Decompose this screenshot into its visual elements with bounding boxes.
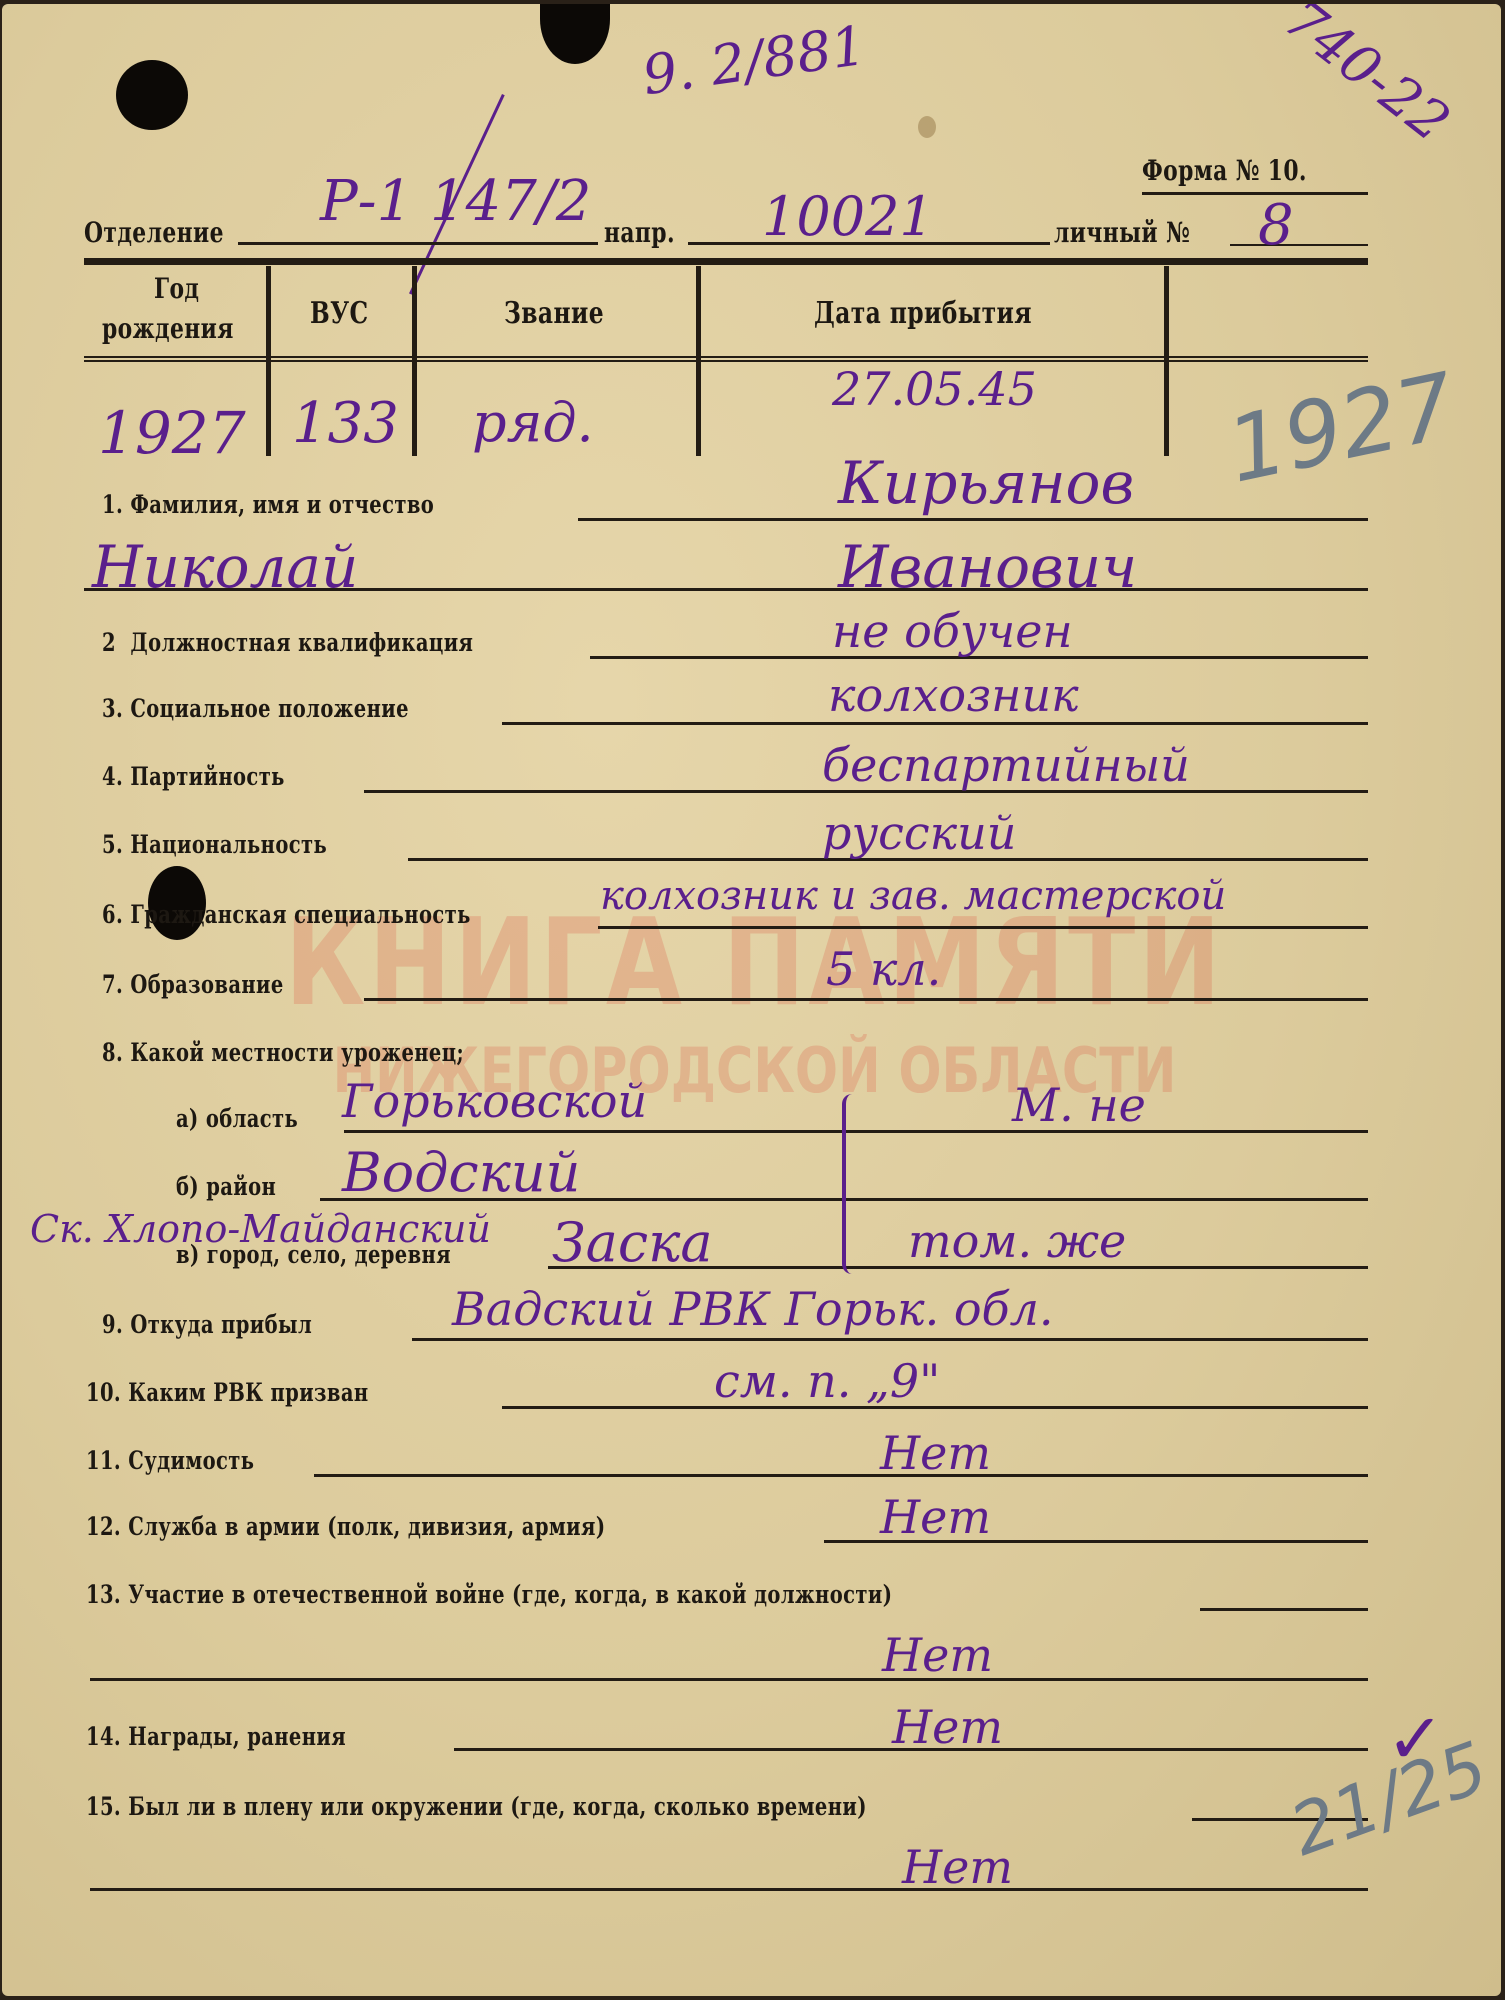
table-col-divider xyxy=(266,266,271,456)
table-col-divider xyxy=(1164,266,1169,456)
field-12-label: 12. Служба в армии (полк, дивизия, армия… xyxy=(86,1512,605,1541)
field-5-value: русский xyxy=(822,810,1016,856)
field-14-value: Нет xyxy=(892,1704,1003,1750)
table-top-rule xyxy=(84,258,1368,265)
field-3-line xyxy=(502,722,1368,725)
value-birth-year: 1927 xyxy=(98,404,246,462)
field-7-value: 5 кл. xyxy=(826,946,941,992)
field-10-label: 10. Каким РВК призван xyxy=(86,1378,369,1407)
field-3-value: колхозник xyxy=(828,672,1079,718)
stain-spot xyxy=(918,116,936,138)
field-8c-value: Заска xyxy=(552,1216,713,1270)
field-8a-value-right: М. не xyxy=(1012,1082,1146,1128)
field-15-line-2 xyxy=(90,1888,1368,1891)
field-13-line-2 xyxy=(90,1678,1368,1681)
direction-label: напр. xyxy=(604,216,675,249)
field-2-value: не обучен xyxy=(832,608,1073,654)
form-underline xyxy=(1142,192,1368,195)
field-6-value: колхозник и зав. мастерской xyxy=(600,876,1226,916)
table-mid-rule xyxy=(84,356,1368,362)
col-header-year-1: Год xyxy=(154,272,199,305)
field-13-line xyxy=(1200,1608,1368,1611)
field-1-surname: Кирьянов xyxy=(838,454,1134,512)
form-number: Форма № 10. xyxy=(1142,154,1307,187)
col-header-arrival: Дата прибытия xyxy=(814,296,1032,331)
field-8b-value: Водский xyxy=(342,1146,580,1200)
punch-hole-edge xyxy=(540,4,610,64)
field-13-label: 13. Участие в отечественной войне (где, … xyxy=(86,1580,892,1609)
department-line xyxy=(238,242,598,245)
direction-value: 10021 xyxy=(762,190,934,244)
record-card: КНИГА ПАМЯТИ НИЖЕГОРОДСКОЙ ОБЛАСТИ 9. 2/… xyxy=(2,4,1501,1996)
personal-no-label: личный № xyxy=(1054,216,1190,249)
field-1-line-2 xyxy=(84,588,1368,591)
field-13-value: Нет xyxy=(882,1632,993,1678)
field-3-label: 3. Социальное положение xyxy=(102,694,409,723)
value-rank: ряд. xyxy=(472,396,594,450)
field-1-line xyxy=(578,518,1368,521)
field-9-line xyxy=(412,1338,1368,1341)
table-col-divider xyxy=(696,266,701,456)
table-col-divider xyxy=(412,266,417,456)
col-header-rank: Звание xyxy=(504,296,604,331)
department-value: Р-1 147/2 xyxy=(320,174,591,230)
field-8a-label: а) область xyxy=(176,1104,298,1133)
field-2-label: 2 Должностная квалификация xyxy=(102,628,473,657)
field-9-label: 9. Откуда прибыл xyxy=(102,1310,312,1339)
value-vus: 133 xyxy=(292,396,399,452)
field-7-line xyxy=(364,998,1368,1001)
field-8-label: 8. Какой местности уроженец; xyxy=(102,1038,464,1067)
col-header-vus: ВУС xyxy=(310,296,369,331)
field-9-value: Вадский РВК Горьк. обл. xyxy=(452,1286,1054,1332)
field-8b-label: б) район xyxy=(176,1172,276,1201)
field-14-label: 14. Награды, ранения xyxy=(86,1722,346,1751)
field-8a-value: Горьковской xyxy=(342,1078,647,1124)
field-7-label: 7. Образование xyxy=(102,970,284,999)
col-header-year-2: рождения xyxy=(102,312,234,345)
field-12-value: Нет xyxy=(880,1494,991,1540)
field-4-value: беспартийный xyxy=(822,742,1190,788)
value-arrival-date: 27.05.45 xyxy=(832,366,1037,412)
field-11-line xyxy=(314,1474,1368,1477)
annotation-top-right: 740-22 xyxy=(1276,4,1459,151)
personal-no-line xyxy=(1230,244,1368,246)
field-15-label: 15. Был ли в плену или окружении (где, к… xyxy=(86,1792,867,1821)
brace-bracket xyxy=(842,1094,864,1274)
field-11-label: 11. Судимость xyxy=(86,1446,254,1475)
field-15-value: Нет xyxy=(902,1844,1013,1890)
field-10-value: см. п. „9" xyxy=(714,1358,940,1404)
field-1-label: 1. Фамилия, имя и отчество xyxy=(102,490,434,519)
department-label: Отделение xyxy=(84,216,224,249)
personal-no-value: 8 xyxy=(1258,198,1294,254)
field-8c-label: в) город, село, деревня xyxy=(176,1240,451,1269)
field-8c-value-right: том. же xyxy=(908,1218,1126,1264)
field-6-line xyxy=(598,926,1368,929)
annotation-top-center: 9. 2/881 xyxy=(639,19,869,104)
punch-hole xyxy=(116,60,188,130)
field-4-label: 4. Партийность xyxy=(102,762,285,791)
pencil-year-annotation: 1927 xyxy=(1220,361,1463,497)
field-11-value: Нет xyxy=(880,1430,991,1476)
field-5-label: 5. Национальность xyxy=(102,830,327,859)
field-6-label: 6. Гражданская специальность xyxy=(102,900,471,929)
